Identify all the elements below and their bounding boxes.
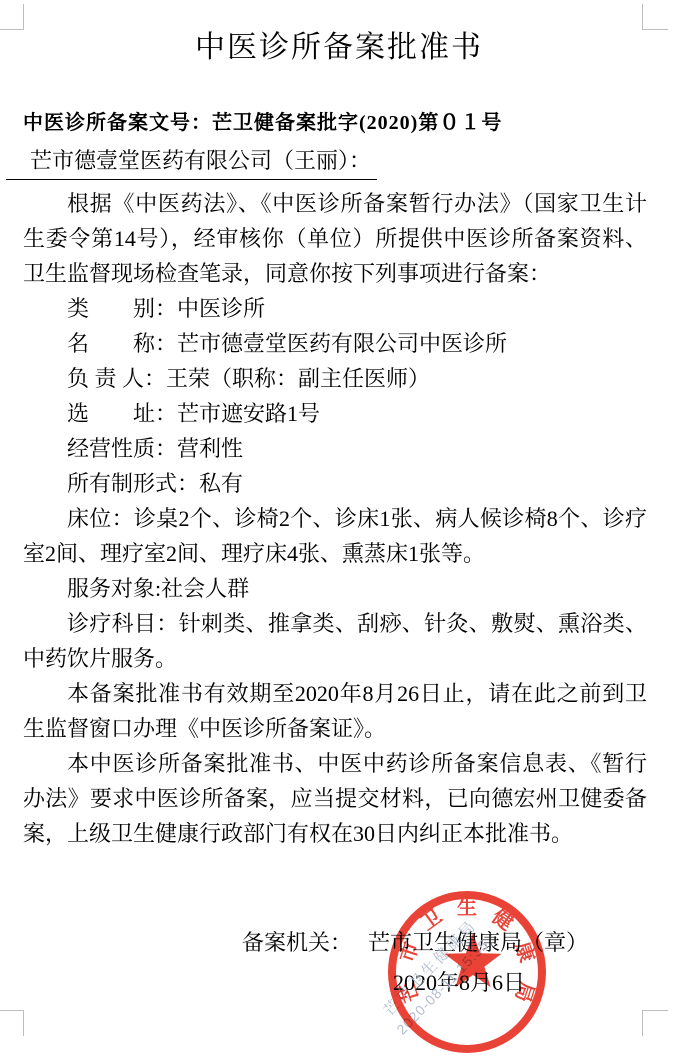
- record-item-line: 名 称：芒市德壹堂医药有限公司中医诊所: [23, 326, 647, 361]
- svg-text:生: 生: [457, 895, 477, 919]
- seal-star-icon: [445, 933, 502, 987]
- page-corner-mark: [0, 1010, 24, 1036]
- document-body: 根据《中医药法》、《中医诊所备案暂行办法》（国家卫生计生委令第14号），经审核你…: [23, 186, 647, 851]
- doc-number-line: 中医诊所备案文号：芒卫健备案批字(2020)第０１号: [23, 106, 502, 135]
- record-item-line: 选 址：芒市遮安路1号: [23, 396, 647, 431]
- addressee-line: 芒市德壹堂医药有限公司（王丽）：: [6, 144, 377, 180]
- record-item-line: 经营性质：营利性: [23, 431, 647, 466]
- record-item-line: 床位：诊桌2个、诊椅2个、诊床1张、病人候诊椅8个、诊疗室2间、理疗室2间、理疗…: [23, 501, 647, 571]
- authority-label: 备案机关：: [242, 930, 352, 955]
- document-page: 中医诊所备案批准书 中医诊所备案文号：芒卫健备案批字(2020)第０１号 芒市德…: [0, 0, 678, 1057]
- record-item-line: 服务对象:社会人群: [23, 571, 647, 606]
- filing-paragraph: 本中医诊所备案批准书、中医中药诊所备案信息表、《暂行办法》要求中医诊所备案，应当…: [23, 746, 647, 851]
- validity-paragraph: 本备案批准书有效期至2020年8月26日止，请在此之前到卫生监督窗口办理《中医诊…: [23, 676, 647, 746]
- page-corner-mark: [642, 1010, 668, 1036]
- intro-paragraph: 根据《中医药法》、《中医诊所备案暂行办法》（国家卫生计生委令第14号），经审核你…: [23, 186, 647, 291]
- record-item-line: 负 责 人：王荣（职称：副主任医师）: [23, 361, 647, 396]
- record-item-line: 诊疗科目：针刺类、推拿类、刮痧、针灸、敷熨、熏浴类、中药饮片服务。: [23, 606, 647, 676]
- record-item-line: 类 别：中医诊所: [23, 291, 647, 326]
- official-seal: 芒市卫生健康局: [384, 886, 552, 1057]
- record-items: 类 别：中医诊所名 称：芒市德壹堂医药有限公司中医诊所负 责 人：王荣（职称：副…: [23, 291, 647, 676]
- record-item-line: 所有制形式：私有: [23, 466, 647, 501]
- document-title: 中医诊所备案批准书: [0, 22, 678, 66]
